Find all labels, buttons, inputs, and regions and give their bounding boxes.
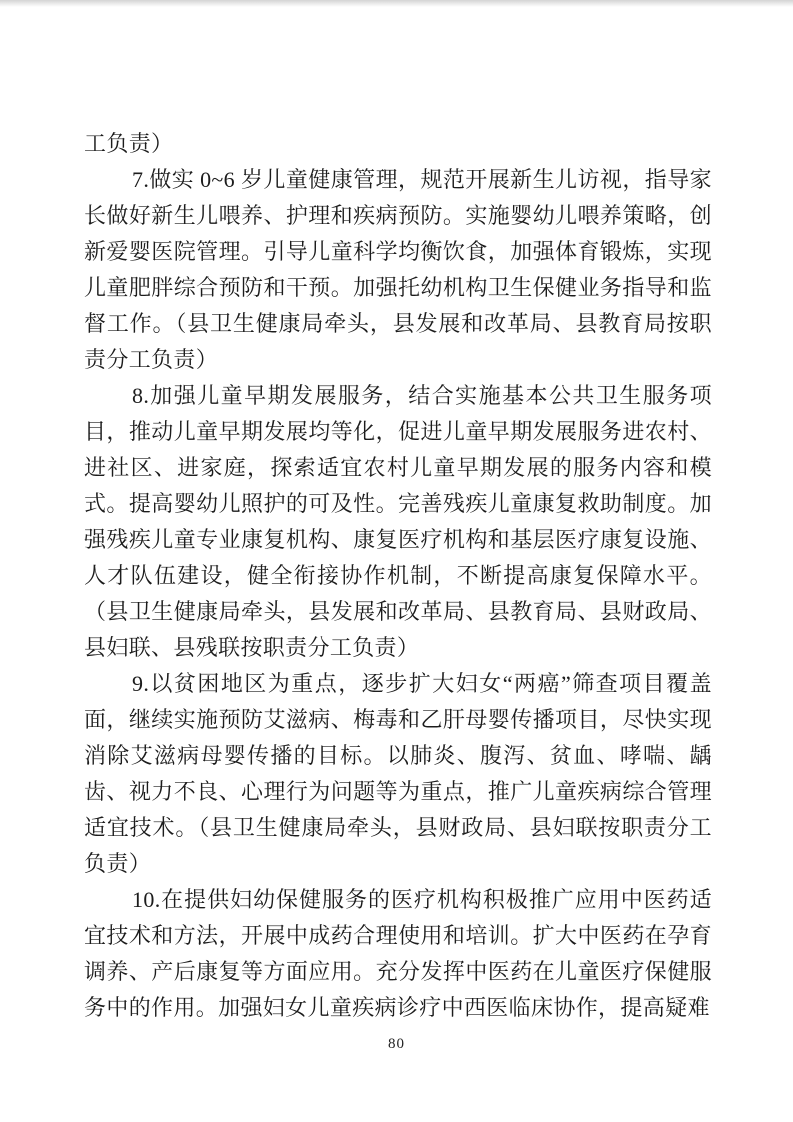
- document-body: 工负责） 7.做实 0~6 岁儿童健康管理，规范开展新生儿访视，指导家长做好新生…: [84, 126, 712, 1026]
- paragraph-continuation: 工负责）: [84, 126, 712, 162]
- paragraph-item-8: 8.加强儿童早期发展服务，结合实施基本公共卫生服务项目，推动儿童早期发展均等化，…: [84, 378, 712, 666]
- paragraph-item-7: 7.做实 0~6 岁儿童健康管理，规范开展新生儿访视，指导家长做好新生儿喂养、护…: [84, 162, 712, 378]
- document-page: 工负责） 7.做实 0~6 岁儿童健康管理，规范开展新生儿访视，指导家长做好新生…: [0, 0, 793, 1122]
- page-footer: 80: [0, 1034, 793, 1054]
- scan-edge-shadow: [0, 0, 793, 7]
- page-number: 80: [388, 1036, 405, 1052]
- paragraph-item-10: 10.在提供妇幼保健服务的医疗机构积极推广应用中医药适宜技术和方法，开展中成药合…: [84, 882, 712, 1026]
- paragraph-item-9: 9.以贫困地区为重点，逐步扩大妇女“两癌”筛查项目覆盖面，继续实施预防艾滋病、梅…: [84, 666, 712, 882]
